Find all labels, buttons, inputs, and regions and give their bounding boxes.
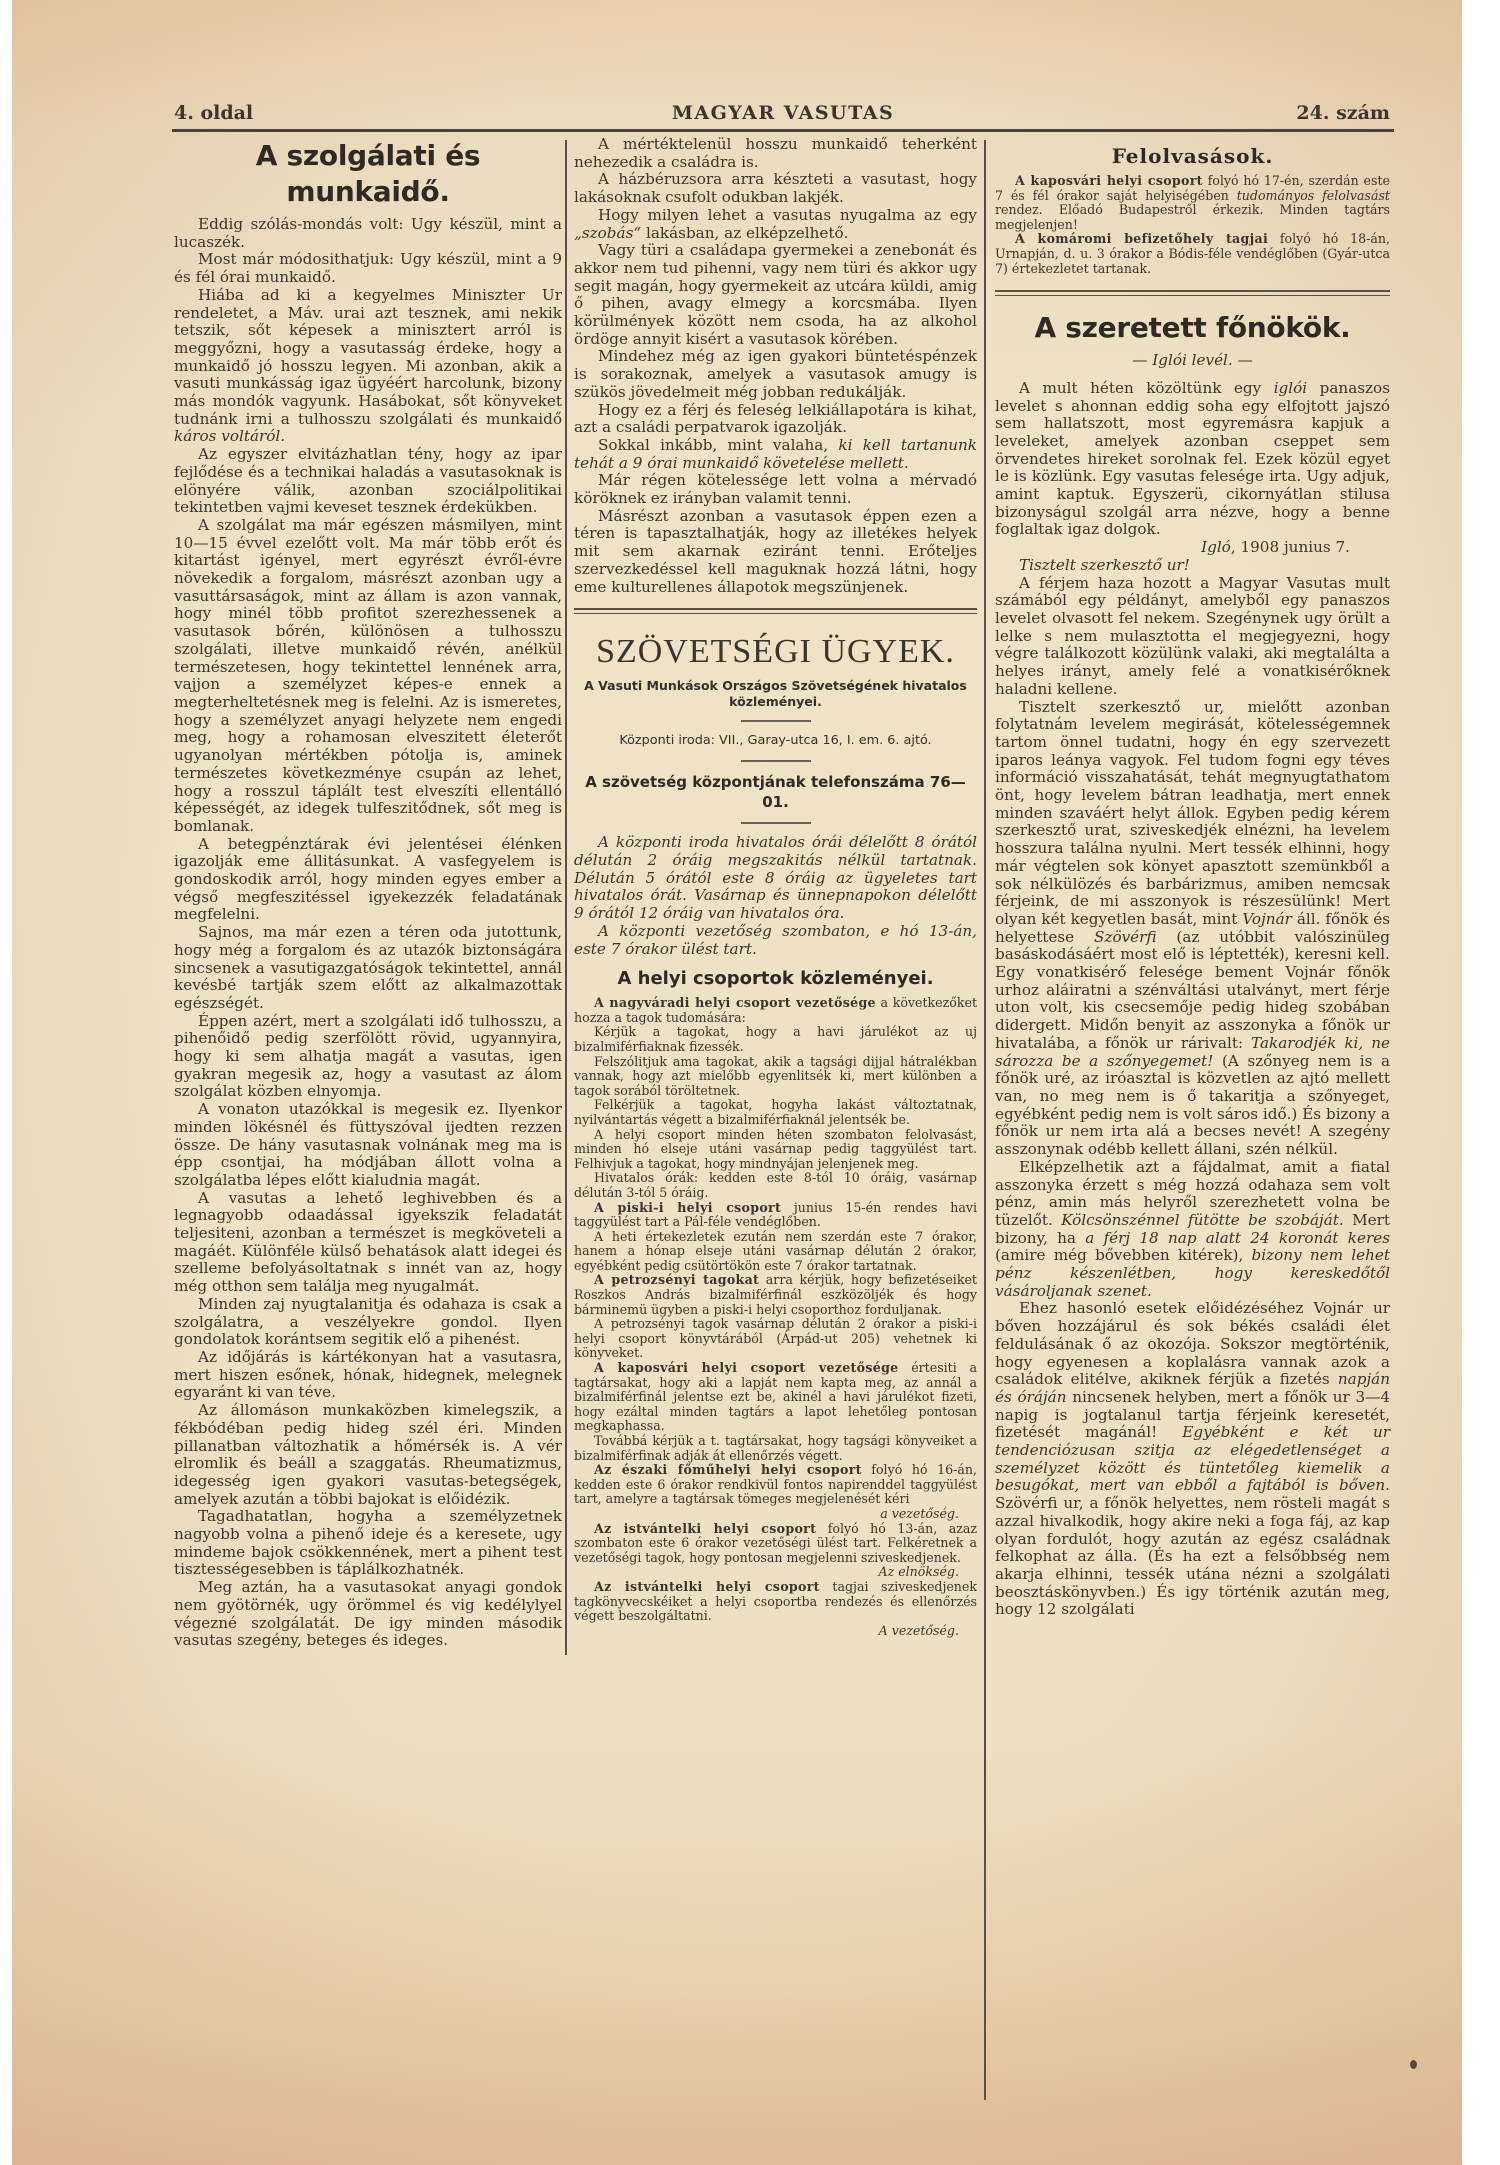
paragraph: A házbéruzsora arra készteti a vasutast,…: [574, 171, 977, 206]
paragraph: Másrészt azonban a vasutasok éppen ezen …: [574, 508, 977, 597]
paragraph: A szolgálat ma már egészen másmilyen, mi…: [174, 517, 562, 836]
paragraph: Meg aztán, ha a vasutasokat anyagi gondo…: [174, 1579, 562, 1650]
column-divider: [984, 140, 986, 2100]
paragraph: A mértéktelenül hosszu munkaidő teherkén…: [574, 136, 977, 171]
paragraph: Most már módosithatjuk: Ugy készül, mint…: [174, 251, 562, 286]
masthead: MAGYAR VASUTAS: [172, 102, 1394, 124]
office-address: Központi iroda: VII., Garay-utca 16, I. …: [574, 732, 977, 750]
letter-dateline: Igló, 1908 junius 7.: [995, 539, 1390, 557]
notice: Felkérjük a tagokat, hogyha lakást válto…: [574, 1098, 977, 1127]
notice: A helyi csoport minden héten szombaton f…: [574, 1128, 977, 1172]
paragraph: Mindehez még az igen gyakori büntetéspén…: [574, 348, 977, 401]
notice-signature: a vezetőség.: [574, 1507, 977, 1522]
paragraph: A betegpénztárak évi jelentései élénken …: [174, 836, 562, 925]
notice: A petrozsényi tagokat arra kérjük, hogy …: [574, 1273, 977, 1317]
column-divider: [565, 140, 567, 1655]
union-section-title: SZÖVETSÉGI ÜGYEK.: [574, 632, 977, 672]
column-middle: A mértéktelenül hosszu munkaidő teherkén…: [574, 136, 977, 1638]
article-title: A szeretett főnökök.: [995, 310, 1390, 346]
notice: Az északi főműhelyi helyi csoport folyó …: [574, 1463, 977, 1521]
notice: A kaposvári helyi csoport vezetősége ért…: [574, 1361, 977, 1434]
paragraph: Éppen azért, mert a szolgálati idő tulho…: [174, 1013, 562, 1102]
office-hours: A központi iroda hivatalos órái délelőtt…: [574, 834, 977, 923]
paragraph: Hiába ad ki a kegyelmes Miniszter Ur ren…: [174, 287, 562, 446]
notice: A piski-i helyi csoport junius 15-én ren…: [574, 1201, 977, 1230]
page-header: 4. oldal MAGYAR VASUTAS 24. szám: [172, 100, 1394, 130]
notice: Az istvántelki helyi csoport tagjai sziv…: [574, 1580, 977, 1638]
notice: Felszólitjuk ama tagokat, akik a tagsági…: [574, 1055, 977, 1099]
paragraph: Eddig szólás-mondás volt: Ugy készül, mi…: [174, 216, 562, 251]
section-divider: [995, 290, 1390, 296]
notice: Kérjük a tagokat, hogy a havi járulékot …: [574, 1025, 977, 1054]
article-title: A szolgálati és munkaidő.: [174, 138, 562, 210]
paragraph: A vonaton utazókkal is megesik ez. Ilyen…: [174, 1101, 562, 1190]
paragraph: Elképzelhetik azt a fájdalmat, amit a fi…: [995, 1159, 1390, 1301]
notice: Továbbá kérjük a t. tagtársakat, hogy ta…: [574, 1434, 977, 1463]
paragraph: Az egyszer elvitázhatlan tény, hogy az i…: [174, 446, 562, 517]
notice: Az istvántelki helyi csoport folyó hó 13…: [574, 1522, 977, 1580]
paragraph: Hogy ez a férj és feleség lelkiállapotár…: [574, 402, 977, 437]
letter-body: A férjem haza hozott a Magyar Vasutas mu…: [995, 575, 1390, 1619]
readings-title: Felolvasások.: [995, 142, 1390, 170]
paragraph: Vagy türi a családapa gyermekei a zenebo…: [574, 242, 977, 348]
section-divider: [574, 608, 977, 614]
article-intro: A mult héten közöltünk egy iglói panaszo…: [995, 380, 1390, 539]
paragraph: A vasutas a lehető leghivebben és a legn…: [174, 1190, 562, 1296]
paper-blemish: [1410, 2060, 1417, 2069]
paragraph: Sajnos, ma már ezen a téren oda jutottun…: [174, 924, 562, 1013]
column-right: Felolvasások. A kaposvári helyi csoport …: [995, 136, 1390, 1619]
paragraph: Már régen kötelessége lett volna a mérva…: [574, 472, 977, 507]
paragraph: Az időjárás is kártékonyan hat a vasutas…: [174, 1349, 562, 1402]
article-column-working-hours: A szolgálati és munkaidő. Eddig szólás-m…: [174, 136, 562, 1650]
paragraph: A férjem haza hozott a Magyar Vasutas mu…: [995, 575, 1390, 699]
notice-lead: Az északi főműhelyi helyi csoport: [594, 1462, 862, 1477]
paragraph: Ehez hasonló esetek előidézéséhez Vojnár…: [995, 1300, 1390, 1619]
article-body-continued: A mértéktelenül hosszu munkaidő teherkén…: [574, 136, 977, 437]
notice-lead: Az istvántelki helyi csoport: [594, 1579, 820, 1594]
notice-lead: A petrozsényi tagokat: [594, 1272, 759, 1287]
notice-lead: A kaposvári helyi csoport vezetősége: [594, 1360, 899, 1375]
article-body: Eddig szólás-mondás volt: Ugy készül, mi…: [174, 216, 562, 1650]
notice: A heti értekezletek ezután nem szerdán e…: [574, 1230, 977, 1274]
paragraph: Minden zaj nyugtalanitja és odahaza is c…: [174, 1296, 562, 1349]
phone-number: A szövetség központjának telefonszáma 76…: [574, 772, 977, 812]
notice-signature: Az elnökség.: [574, 1565, 977, 1580]
notice-lead: A nagyváradi helyi csoport vezetősége: [594, 995, 876, 1010]
reading-notice: A kaposvári helyi csoport folyó hó 17-én…: [995, 174, 1390, 232]
emphasis-paragraph: Sokkal inkább, mint valaha, ki kell tart…: [574, 437, 977, 472]
notice: A petrozsényi tagok vasárnap délután 2 ó…: [574, 1317, 977, 1361]
paragraph: Tisztelt szerkesztő ur, mielőtt azonban …: [995, 699, 1390, 1159]
issue-number: 24. szám: [1296, 102, 1390, 124]
local-groups-list: A nagyváradi helyi csoport vezetősége a …: [574, 996, 977, 1638]
union-section: SZÖVETSÉGI ÜGYEK. A Vasuti Munkások Orsz…: [574, 632, 977, 1638]
article-byline: — Iglói levél. —: [995, 352, 1390, 370]
paragraph: Hogy milyen lehet a vasutas nyugalma az …: [574, 207, 977, 242]
notice-signature: A vezetőség.: [574, 1624, 977, 1639]
notice: Hivatalos órák: kedden este 8-tól 10 órá…: [574, 1171, 977, 1200]
letter-salutation: Tisztelt szerkesztő ur!: [995, 557, 1390, 575]
union-section-subtitle: A Vasuti Munkások Országos Szövetségének…: [574, 678, 977, 710]
notice-lead: A piski-i helyi csoport: [594, 1200, 781, 1215]
newspaper-page: 4. oldal MAGYAR VASUTAS 24. szám A szolg…: [12, 0, 1462, 2165]
notice: A nagyváradi helyi csoport vezetősége a …: [574, 996, 977, 1025]
paragraph: Tagadhatatlan, hogyha a személyzetnek na…: [174, 1508, 562, 1579]
paragraph: Az állomáson munkaközben kimelegszik, a …: [174, 1402, 562, 1508]
notice-lead: Az istvántelki helyi csoport: [594, 1521, 816, 1536]
leadership-meeting: A központi vezetőség szombaton, e hó 13-…: [574, 923, 977, 958]
header-rule: [172, 129, 1394, 132]
reading-notice: A komáromi befizetőhely tagjai folyó hó …: [995, 232, 1390, 276]
readings-list: A kaposvári helyi csoport folyó hó 17-én…: [995, 174, 1390, 276]
local-groups-title: A helyi csoportok közleményei.: [574, 966, 977, 992]
